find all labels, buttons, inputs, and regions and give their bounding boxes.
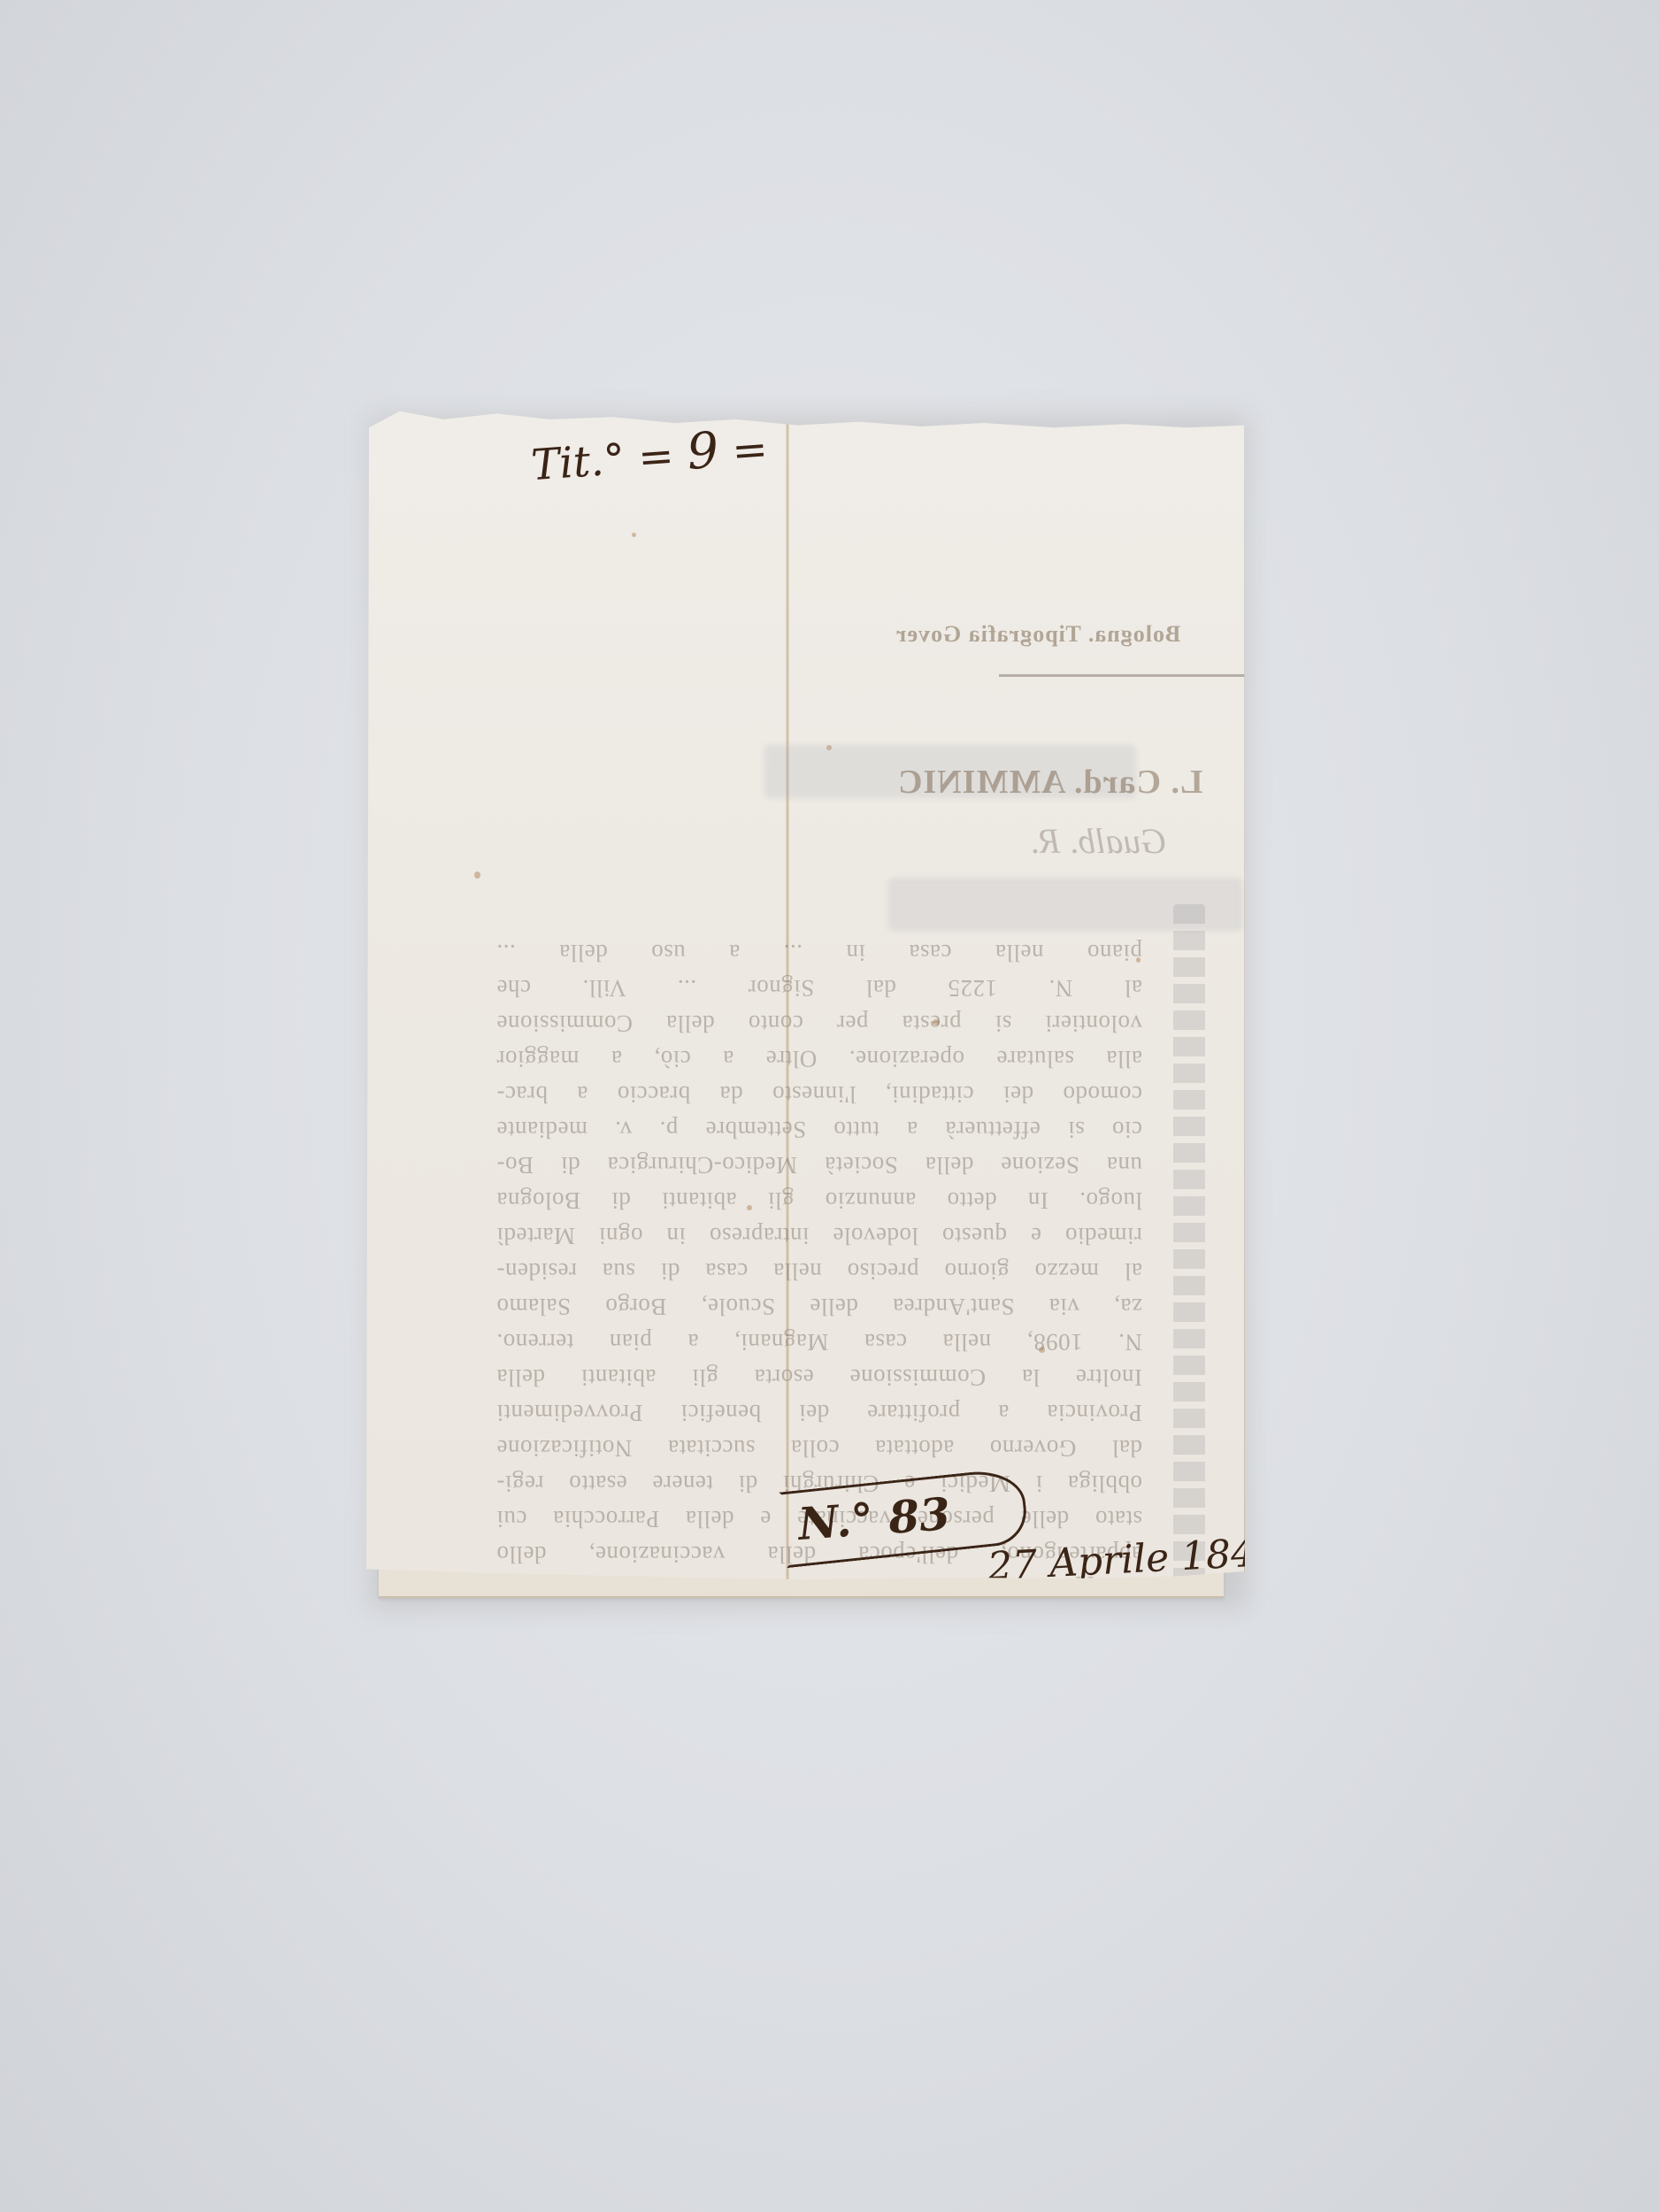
- bleed-through-heading: L. Card. AMMINIC: [897, 763, 1202, 802]
- bleed-through-line: alla salutare operazione. Oltre a ciò, a…: [496, 1041, 1142, 1077]
- bleed-through-line: rimedio e questo lodevole intrapreso in …: [496, 1218, 1142, 1254]
- title-suffix: =: [717, 425, 769, 478]
- handwritten-protocol-number: N.° 83: [796, 1487, 952, 1550]
- bleed-through-line: za, via Sant'Andrea delle Scuole, Borgo …: [496, 1289, 1142, 1325]
- foxing-spot: [474, 872, 480, 879]
- bleed-through-line: cio si effettuerà a tutto Settembre p. v…: [496, 1112, 1142, 1148]
- bleed-through-line: volontieri si presta per conto della Com…: [496, 1006, 1142, 1041]
- handwritten-title-annotation: Tit.° = 9 =: [529, 419, 770, 493]
- bleed-through-line: una Sezione della Società Medico-Chirurg…: [496, 1148, 1142, 1183]
- bleed-through-line: Inoltre la Commissione esorta gli abitan…: [496, 1360, 1142, 1395]
- title-number: 9: [685, 422, 720, 481]
- bleed-through-rule: [999, 674, 1247, 677]
- bleed-through-line: N. 1098, nella casa Magnani, a pian terr…: [496, 1325, 1142, 1360]
- bleed-through-line: piano nella casa in ... a uso della ...: [496, 935, 1142, 971]
- bleed-through-line: al mezzo giorno preciso nella casa di su…: [496, 1254, 1142, 1289]
- bleed-through-line: Provincia a profittare dei benefici Prov…: [496, 1395, 1142, 1431]
- bleed-through-line: luogo. In detto annunzio gli abitanti di…: [496, 1183, 1142, 1218]
- bleed-through-line: comodo dei cittadini, l'innesto da bracc…: [496, 1077, 1142, 1112]
- bleed-through-imprint: Bologna. Tipografia Gover: [895, 621, 1180, 648]
- bleed-through-line: dal Governo adottata colla succitata Not…: [496, 1431, 1142, 1466]
- bleed-through-signature: Gualb. R.: [1030, 820, 1166, 862]
- document-sheet: Bologna. Tipografia Gover L. Card. AMMIN…: [365, 409, 1248, 1586]
- title-prefix: Tit.°: [530, 434, 627, 490]
- title-separator: =: [623, 430, 688, 484]
- foxing-spot: [632, 533, 636, 537]
- bleed-through-line: al N. 1225 dal Signor ... Vill. che: [496, 971, 1142, 1006]
